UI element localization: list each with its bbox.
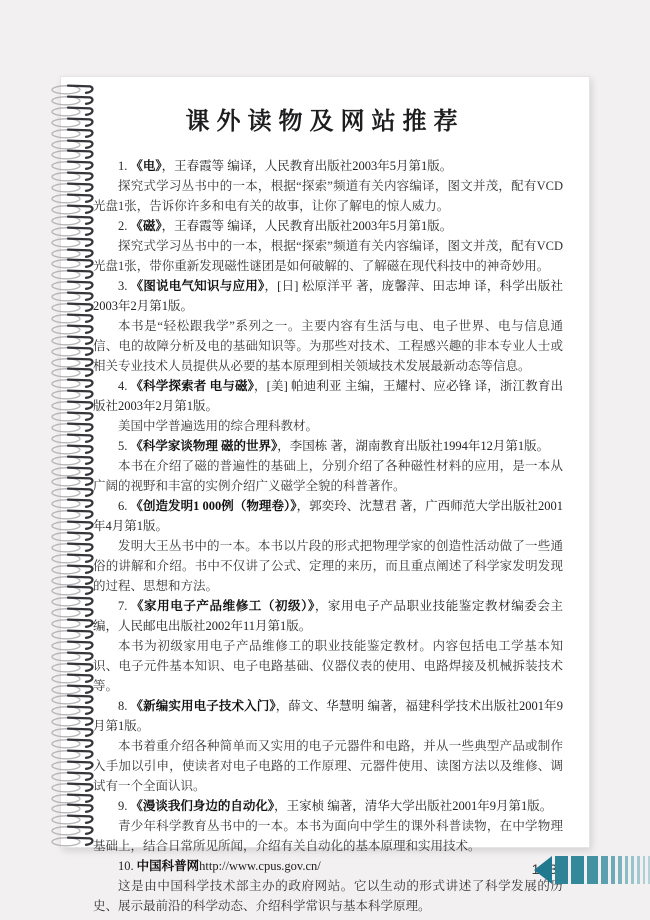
entry-number: 6. (118, 499, 127, 513)
spiral-coil-icon (50, 398, 96, 409)
book-title: 《新编实用电子技术入门》 (130, 699, 275, 713)
spiral-coil-icon (50, 485, 96, 496)
spiral-coil-icon (50, 812, 96, 823)
spiral-coil-icon (50, 180, 96, 191)
page-corner-arrow-icon (534, 856, 650, 884)
spiral-coil-icon (50, 649, 96, 660)
spiral-coil-icon (50, 158, 96, 169)
spiral-coil-icon (50, 682, 96, 693)
arrow-tail-bar (631, 856, 634, 884)
spiral-coil-icon (50, 464, 96, 475)
spiral-coil-icon (50, 474, 96, 485)
spiral-coil-icon (50, 387, 96, 398)
scanned-book-page: { "page": { "title": "课外读物及网站推荐" }, "ite… (0, 0, 650, 920)
arrow-tail-bar (601, 856, 608, 884)
list-item: 6.《创造发明1 000例（物理卷）》，郭奕玲、沈慧君 著，广西师范大学出版社2… (93, 496, 563, 596)
spiral-coil-icon (50, 115, 96, 126)
spiral-coil-icon (50, 267, 96, 278)
spiral-coil-icon (50, 529, 96, 540)
spiral-coil-icon (50, 311, 96, 322)
spiral-coil-icon (50, 834, 96, 845)
book-entry-description: 美国中学普遍选用的综合理科教材。 (93, 416, 563, 436)
spiral-coil-icon (50, 289, 96, 300)
spiral-coil-icon (50, 518, 96, 529)
spiral-coil-icon (50, 235, 96, 246)
spiral-coil-icon (50, 82, 96, 93)
spiral-coil-icon (50, 202, 96, 213)
spiral-coil-icon (50, 823, 96, 834)
book-entry-description: 青少年科学教育丛书中的一本。本书为面向中学生的课外科普读物，在中学物理基础上，结… (93, 816, 563, 856)
entry-publisher: ，王春霞等 编译，人民教育出版社2003年5月第1版。 (162, 219, 453, 233)
spiral-coil-icon (50, 147, 96, 158)
book-title: 《电》 (130, 159, 161, 173)
spiral-coil-icon (50, 562, 96, 573)
spiral-coil-icon (50, 605, 96, 616)
book-entry-description: 本书着重介绍各种简单而又实用的电子元器件和电路，并从一些典型产品或制作入手加以引… (93, 736, 563, 796)
spiral-coil-icon (50, 278, 96, 289)
entry-number: 3. (118, 279, 127, 293)
spiral-coil-icon (50, 191, 96, 202)
entry-publisher: ，王春霞等 编译，人民教育出版社2003年5月第1版。 (162, 159, 453, 173)
spiral-coil-icon (50, 104, 96, 115)
spiral-coil-icon (50, 791, 96, 802)
spiral-coil-icon (50, 453, 96, 464)
book-entry-description: 探究式学习丛书中的一本，根据“探索”频道有关内容编译，图文并茂，配有VCD光盘1… (93, 176, 563, 216)
spiral-coil-icon (50, 736, 96, 747)
book-title: 《科学家谈物理 磁的世界》 (130, 439, 277, 453)
spiral-coil-icon (50, 747, 96, 758)
book-entry-heading: 6.《创造发明1 000例（物理卷）》，郭奕玲、沈慧君 著，广西师范大学出版社2… (93, 496, 563, 536)
spiral-coil-icon (50, 409, 96, 420)
list-item: 9.《漫谈我们身边的自动化》，王家桢 编著，清华大学出版社2001年9月第1版。… (93, 796, 563, 856)
spiral-coil-icon (50, 333, 96, 344)
reading-list: 1.《电》，王春霞等 编译，人民教育出版社2003年5月第1版。 探究式学习丛书… (93, 156, 563, 916)
spiral-coil-icon (50, 420, 96, 431)
spiral-coil-icon (50, 355, 96, 366)
book-title: 《科学探索者 电与磁》 (130, 379, 254, 393)
arrow-tail-bar (625, 856, 628, 884)
entry-number: 4. (118, 379, 127, 393)
book-title: 《图说电气知识与应用》 (130, 279, 264, 293)
entry-number: 8. (118, 699, 127, 713)
spiral-coil-icon (50, 573, 96, 584)
entry-number: 2. (118, 219, 127, 233)
spiral-coil-icon (50, 671, 96, 682)
spiral-coil-icon (50, 376, 96, 387)
book-entry-heading: 9.《漫谈我们身边的自动化》，王家桢 编著，清华大学出版社2001年9月第1版。 (93, 796, 563, 816)
list-item: 1.《电》，王春霞等 编译，人民教育出版社2003年5月第1版。 探究式学习丛书… (93, 156, 563, 216)
spiral-coil-icon (50, 213, 96, 224)
spiral-coil-icon (50, 256, 96, 267)
spiral-coil-icon (50, 300, 96, 311)
page-title: 课外读物及网站推荐 (61, 101, 589, 136)
spiral-coil-icon (50, 540, 96, 551)
entry-number: 1. (118, 159, 127, 173)
entry-number: 7. (118, 599, 127, 613)
arrow-tail-bar (643, 856, 645, 884)
spiral-coil-icon (50, 442, 96, 453)
entry-number: 9. (118, 799, 127, 813)
spiral-coil-icon (50, 594, 96, 605)
spiral-coil-icon (50, 431, 96, 442)
entry-publisher: http://www.cpus.gov.cn/ (199, 859, 321, 873)
arrow-tail-bar (555, 856, 568, 884)
spiral-coil-icon (50, 758, 96, 769)
book-entry-heading: 5.《科学家谈物理 磁的世界》，李国栋 著，湖南教育出版社1994年12月第1版… (93, 436, 563, 456)
spiral-coil-icon (50, 583, 96, 594)
book-entry-heading: 2.《磁》，王春霞等 编译，人民教育出版社2003年5月第1版。 (93, 216, 563, 236)
book-entry-heading: 1.《电》，王春霞等 编译，人民教育出版社2003年5月第1版。 (93, 156, 563, 176)
book-entry-heading: 3.《图说电气知识与应用》，[日] 松原洋平 著，庞馨萍、田志坤 译，科学出版社… (93, 276, 563, 316)
entry-number: 5. (118, 439, 127, 453)
spiral-coil-icon (50, 780, 96, 791)
book-title: 《创造发明1 000例（物理卷）》 (130, 499, 296, 513)
list-item: 7.《家用电子产品维修工（初级）》，家用电子产品职业技能鉴定教材编委会主编，人民… (93, 596, 563, 696)
spiral-coil-icon (50, 93, 96, 104)
book-entry-heading: 8.《新编实用电子技术入门》，薛文、华慧明 编著，福建科学技术出版社2001年9… (93, 696, 563, 736)
book-entry-heading: 10.中国科普网http://www.cpus.gov.cn/ (93, 856, 563, 876)
spiral-coil-icon (50, 692, 96, 703)
list-item: 2.《磁》，王春霞等 编译，人民教育出版社2003年5月第1版。 探究式学习丛书… (93, 216, 563, 276)
book-entry-description: 探究式学习丛书中的一本，根据“探索”频道有关内容编译，图文并茂，配有VCD光盘1… (93, 236, 563, 276)
book-title: 《磁》 (130, 219, 161, 233)
arrowhead-left-icon (534, 856, 552, 884)
spiral-coil-icon (50, 627, 96, 638)
arrow-tail-bar (637, 856, 640, 884)
entry-publisher: ，王家桢 编著，清华大学出版社2001年9月第1版。 (274, 799, 552, 813)
list-item: 3.《图说电气知识与应用》，[日] 松原洋平 著，庞馨萍、田志坤 译，科学出版社… (93, 276, 563, 376)
book-entry-heading: 7.《家用电子产品维修工（初级）》，家用电子产品职业技能鉴定教材编委会主编，人民… (93, 596, 563, 636)
spiral-coil-icon (50, 365, 96, 376)
spiral-coil-icon (50, 551, 96, 562)
spiral-coil-icon (50, 126, 96, 137)
book-title: 《漫谈我们身边的自动化》 (130, 799, 274, 813)
list-item: 4.《科学探索者 电与磁》，[美] 帕迪利亚 主编，王耀村、应必锋 译，浙江教育… (93, 376, 563, 436)
spiral-coil-icon (50, 322, 96, 333)
page: 课外读物及网站推荐 1.《电》，王春霞等 编译，人民教育出版社2003年5月第1… (60, 76, 590, 848)
spiral-coil-icon (50, 725, 96, 736)
spiral-coil-icon (50, 801, 96, 812)
list-item: 5.《科学家谈物理 磁的世界》，李国栋 著，湖南教育出版社1994年12月第1版… (93, 436, 563, 496)
spiral-coil-icon (50, 638, 96, 649)
book-title: 《家用电子产品维修工（初级）》 (130, 599, 314, 613)
book-entry-description: 本书是“轻松跟我学”系列之一。主要内容有生活与电、电子世界、电与信息通信、电的故… (93, 316, 563, 376)
spiral-coil-icon (50, 137, 96, 148)
spiral-coil-icon (50, 246, 96, 257)
spiral-coil-icon (50, 496, 96, 507)
spiral-coil-icon (50, 169, 96, 180)
spiral-coil-icon (50, 224, 96, 235)
book-entry-description: 发明大王丛书中的一本。本书以片段的形式把物理学家的创造性活动做了一些通俗的讲解和… (93, 536, 563, 596)
spiral-coil-icon (50, 769, 96, 780)
book-title: 中国科普网 (137, 859, 200, 873)
arrow-tail-bar (611, 856, 615, 884)
entry-number: 10. (118, 859, 134, 873)
book-entry-description: 本书在介绍了磁的普遍性的基础上，分别介绍了各种磁性材料的应用，是一本从广阔的视野… (93, 456, 563, 496)
arrow-tail-bar (618, 856, 622, 884)
spiral-coil-icon (50, 703, 96, 714)
arrow-tail-bar (587, 856, 598, 884)
book-entry-heading: 4.《科学探索者 电与磁》，[美] 帕迪利亚 主编，王耀村、应必锋 译，浙江教育… (93, 376, 563, 416)
arrow-tail-bar (571, 856, 584, 884)
list-item: 10.中国科普网http://www.cpus.gov.cn/ 这是由中国科学技… (93, 856, 563, 916)
spiral-coil-icon (50, 714, 96, 725)
spiral-coil-icon (50, 616, 96, 627)
spiral-coil-icon (50, 344, 96, 355)
spiral-coil-icon (50, 507, 96, 518)
spiral-coil-icon (50, 660, 96, 671)
entry-publisher: ，李国栋 著，湖南教育出版社1994年12月第1版。 (277, 439, 549, 453)
book-entry-description: 本书为初级家用电子产品维修工的职业技能鉴定教材。内容包括电工学基本知识、电子元件… (93, 636, 563, 696)
book-entry-description: 这是由中国科学技术部主办的政府网站。它以生动的形式讲述了科学发展的历史、展示最前… (93, 876, 563, 916)
list-item: 8.《新编实用电子技术入门》，薛文、华慧明 编著，福建科学技术出版社2001年9… (93, 696, 563, 796)
